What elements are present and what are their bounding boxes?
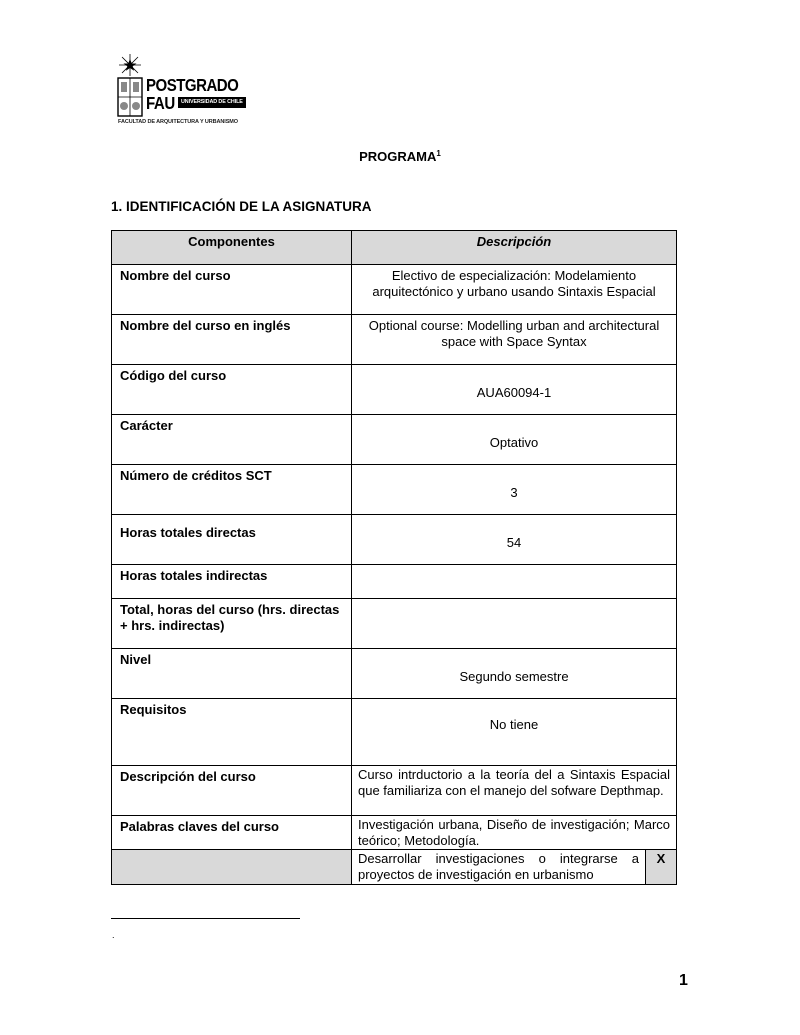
- row-value: AUA60094-1: [352, 365, 677, 415]
- row-value: [352, 565, 677, 599]
- document-title: PROGRAMA1: [0, 149, 800, 164]
- header-components: Componentes: [112, 231, 352, 265]
- logo-university-badge: UNIVERSIDAD DE CHILE: [178, 97, 246, 108]
- table-header-row: Componentes Descripción: [112, 231, 677, 265]
- header-description: Descripción: [352, 231, 677, 265]
- objective-inner-table: Desarrollar investigaciones o integrarse…: [352, 850, 676, 884]
- row-label: Horas totales indirectas: [112, 565, 352, 599]
- footnote-reference: 1: [436, 149, 440, 158]
- footnote-separator: [111, 918, 300, 919]
- table-row-objective: Desarrollar investigaciones o integrarse…: [112, 850, 677, 885]
- table-row: Horas totales indirectas: [112, 565, 677, 599]
- table-row: Total, horas del curso (hrs. directas + …: [112, 599, 677, 649]
- table-row: Nivel Segundo semestre: [112, 649, 677, 699]
- table-row: Nombre del curso Electivo de especializa…: [112, 265, 677, 315]
- row-label: Requisitos: [112, 699, 352, 766]
- row-label: Palabras claves del curso: [112, 816, 352, 850]
- row-label: Total, horas del curso (hrs. directas + …: [112, 599, 352, 649]
- row-value: Optativo: [352, 415, 677, 465]
- university-emblem-icon: [116, 52, 144, 118]
- table-row: Requisitos No tiene: [112, 699, 677, 766]
- row-label: Número de créditos SCT: [112, 465, 352, 515]
- table-row: Código del curso AUA60094-1: [112, 365, 677, 415]
- row-value: No tiene: [352, 699, 677, 766]
- logo-postgrado-text: POSTGRADO: [146, 76, 238, 94]
- row-value: [352, 599, 677, 649]
- row-label: Nombre del curso: [112, 265, 352, 315]
- footnote-text: .: [112, 930, 115, 940]
- row-value: 3: [352, 465, 677, 515]
- row-label: Carácter: [112, 415, 352, 465]
- objective-option-text: Desarrollar investigaciones o integrarse…: [352, 850, 646, 884]
- table-row: Nombre del curso en inglés Optional cour…: [112, 315, 677, 365]
- row-label: Horas totales directas: [112, 515, 352, 565]
- postgrado-fau-logo: POSTGRADO FAU UNIVERSIDAD DE CHILE FACUL…: [116, 52, 236, 130]
- objective-mark: X: [646, 850, 677, 884]
- table-row: Palabras claves del curso Investigación …: [112, 816, 677, 850]
- row-value: Curso intrductorio a la teoría del a Sin…: [352, 766, 677, 816]
- row-label: Nombre del curso en inglés: [112, 315, 352, 365]
- row-value: Optional course: Modelling urban and arc…: [352, 315, 677, 365]
- row-label: Nivel: [112, 649, 352, 699]
- logo-faculty-text: FACULTAD DE ARQUITECTURA Y URBANISMO: [118, 119, 238, 125]
- objective-cell: Desarrollar investigaciones o integrarse…: [352, 850, 677, 885]
- table-row: Horas totales directas 54: [112, 515, 677, 565]
- page-number: 1: [679, 972, 688, 990]
- row-label: [112, 850, 352, 885]
- row-value: Electivo de especialización: Modelamient…: [352, 265, 677, 315]
- row-label: Código del curso: [112, 365, 352, 415]
- row-value: Investigación urbana, Diseño de investig…: [352, 816, 677, 850]
- section-heading: 1. IDENTIFICACIÓN DE LA ASIGNATURA: [111, 199, 372, 214]
- table-row: Número de créditos SCT 3: [112, 465, 677, 515]
- identification-table: Componentes Descripción Nombre del curso…: [111, 230, 677, 885]
- document-title-text: PROGRAMA: [359, 149, 436, 164]
- row-label: Descripción del curso: [112, 766, 352, 816]
- row-value: Segundo semestre: [352, 649, 677, 699]
- logo-fau-text: FAU: [146, 94, 175, 112]
- table-row: Carácter Optativo: [112, 415, 677, 465]
- row-value: 54: [352, 515, 677, 565]
- table-row: Descripción del curso Curso intrductorio…: [112, 766, 677, 816]
